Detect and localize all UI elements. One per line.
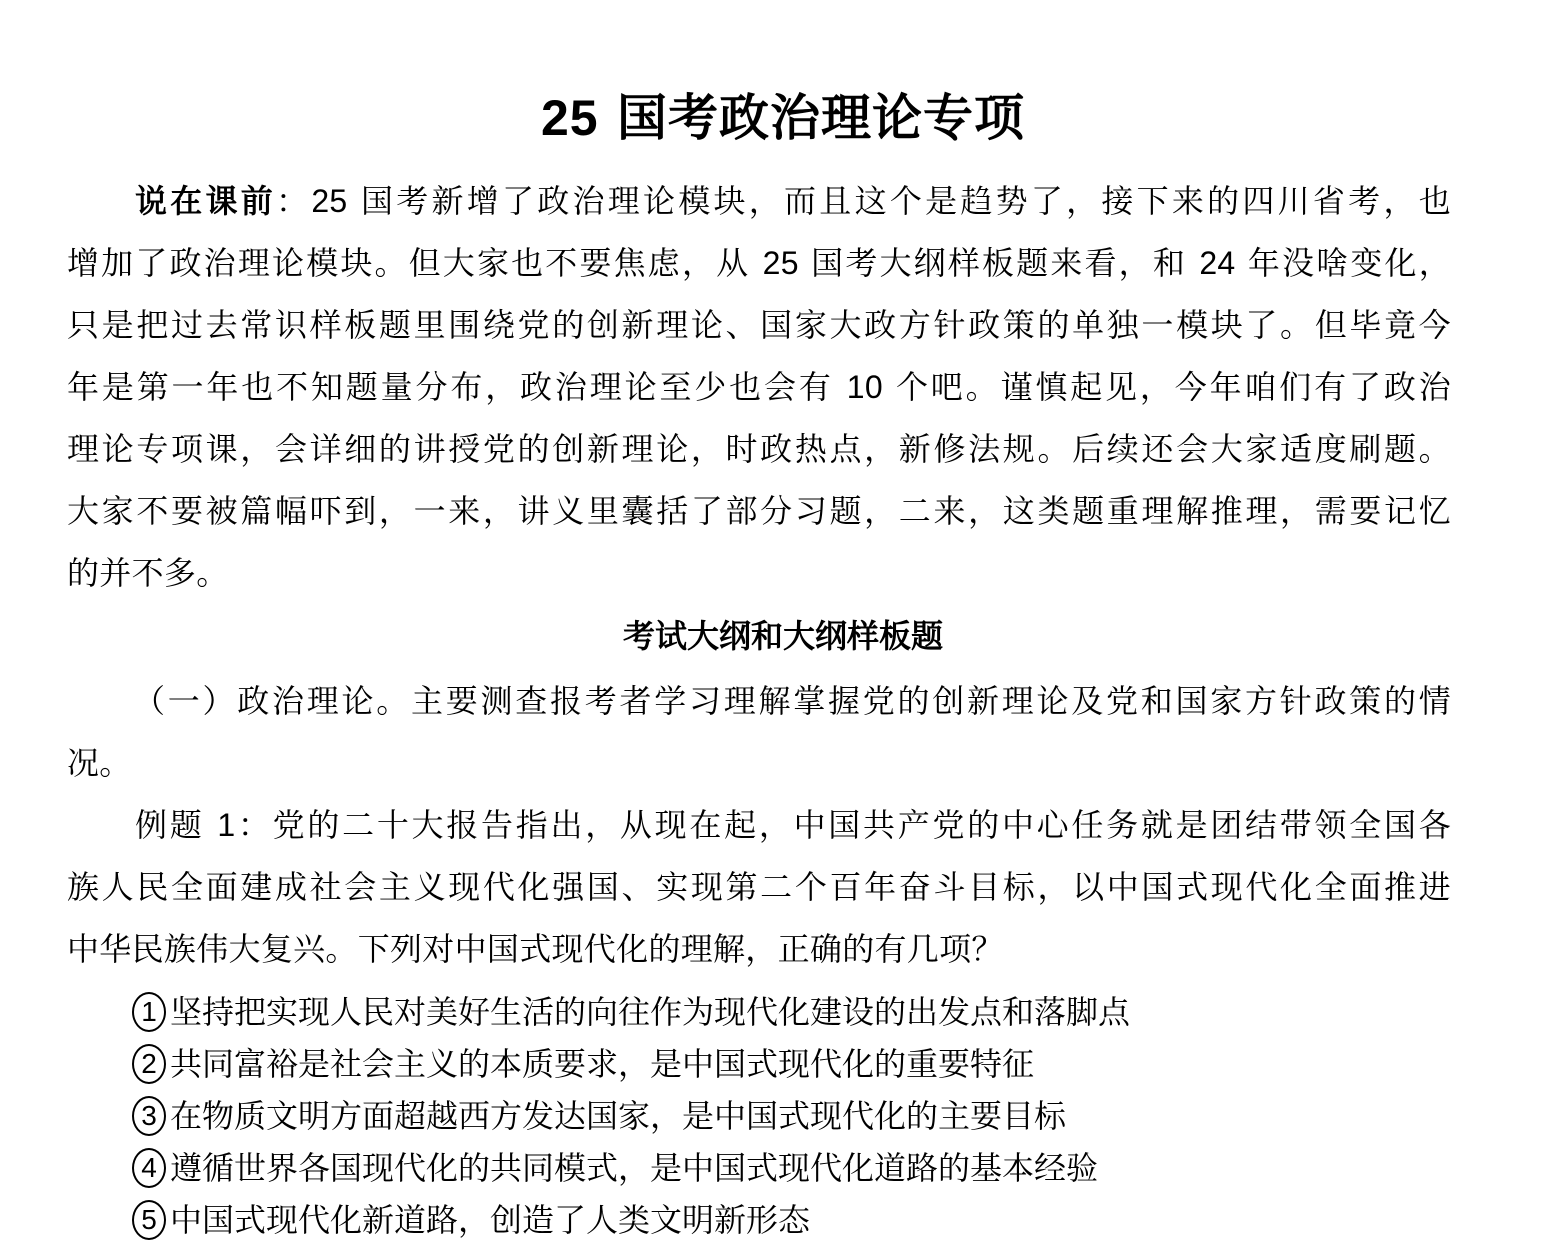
intro-text: 个吧。谨慎起见，今年咱们有了政治 (883, 368, 1451, 406)
option-text: 遵循世界各国现代化的共同模式，是中国式现代化道路的基本经验 (170, 1142, 1098, 1194)
intro-number: 24 (1199, 245, 1235, 281)
intro-text: 国考新增了政治理论模块，而且这个是趋势了，接下来的四川省考，也 (348, 182, 1451, 220)
outline-paragraph: （一）政治理论。主要测查报考者学习理解掌握党的创新理论及党和国家方针政策的情 况… (67, 670, 1451, 794)
intro-number: 25 (311, 183, 347, 219)
intro-line-3: 只是把过去常识样板题里围绕党的创新理论、国家大政方针政策的单独一模块了。但毕竟今 (67, 294, 1451, 356)
page-title: 25 国考政治理论专项 (0, 84, 1566, 152)
intro-text: 年没啥变化， (1236, 244, 1451, 282)
example-line-1: 例题 1：党的二十大报告指出，从现在起，中国共产党的中心任务就是团结带领全国各 (67, 794, 1451, 856)
title-text: 国考政治理论专项 (617, 88, 1025, 147)
option-1: 1 坚持把实现人民对美好生活的向往作为现代化建设的出发点和落脚点 (132, 986, 1130, 1038)
circled-number-icon: 2 (132, 1044, 166, 1084)
example-text: 党的二十大报告指出，从现在起，中国共产党的中心任务就是团结带领全国各 (273, 806, 1451, 844)
intro-line-7: 的并不多。 (67, 542, 1451, 604)
circled-number-icon: 5 (132, 1200, 166, 1240)
intro-line-4: 年是第一年也不知题量分布，政治理论至少也会有 10 个吧。谨慎起见，今年咱们有了… (67, 356, 1451, 418)
intro-line-1: 说在课前：25 国考新增了政治理论模块，而且这个是趋势了，接下来的四川省考，也 (67, 170, 1451, 232)
circled-number-icon: 1 (132, 992, 166, 1032)
intro-number: 25 (763, 245, 799, 281)
document-page: 25 国考政治理论专项 说在课前：25 国考新增了政治理论模块，而且这个是趋势了… (0, 0, 1566, 1260)
option-text: 共同富裕是社会主义的本质要求，是中国式现代化的重要特征 (170, 1038, 1034, 1090)
circled-number-icon: 3 (132, 1096, 166, 1136)
example-line-3: 中华民族伟大复兴。下列对中国式现代化的理解，正确的有几项？ (67, 918, 1451, 980)
intro-line-2: 增加了政治理论模块。但大家也不要焦虑，从 25 国考大纲样板题来看，和 24 年… (67, 232, 1451, 294)
outline-line-2: 况。 (67, 732, 1451, 794)
example-label: 例题 (135, 806, 217, 844)
intro-text: 增加了政治理论模块。但大家也不要焦虑，从 (67, 244, 763, 282)
title-number: 25 (541, 90, 599, 146)
option-2: 2 共同富裕是社会主义的本质要求，是中国式现代化的重要特征 (132, 1038, 1130, 1090)
intro-paragraph: 说在课前：25 国考新增了政治理论模块，而且这个是趋势了，接下来的四川省考，也 … (67, 170, 1451, 604)
option-3: 3 在物质文明方面超越西方发达国家，是中国式现代化的主要目标 (132, 1090, 1130, 1142)
intro-line-5: 理论专项课，会详细的讲授党的创新理论，时政热点，新修法规。后续还会大家适度刷题。 (67, 418, 1451, 480)
intro-text: 年是第一年也不知题量分布，政治理论至少也会有 (67, 368, 847, 406)
outline-line-1: （一）政治理论。主要测查报考者学习理解掌握党的创新理论及党和国家方针政策的情 (67, 670, 1451, 732)
intro-number: 10 (847, 369, 883, 405)
option-4: 4 遵循世界各国现代化的共同模式，是中国式现代化道路的基本经验 (132, 1142, 1130, 1194)
intro-line-6: 大家不要被篇幅吓到，一来，讲义里囊括了部分习题，二来，这类题重理解推理，需要记忆 (67, 480, 1451, 542)
example-line-2: 族人民全面建成社会主义现代化强国、实现第二个百年奋斗目标，以中国式现代化全面推进 (67, 856, 1451, 918)
section-heading: 考试大纲和大纲样板题 (0, 608, 1566, 664)
option-5: 5 中国式现代化新道路，创造了人类文明新形态 (132, 1194, 1130, 1246)
intro-text: ： (276, 182, 311, 220)
example-number: 1 (217, 807, 235, 843)
example-colon: ： (235, 806, 272, 844)
option-text: 坚持把实现人民对美好生活的向往作为现代化建设的出发点和落脚点 (170, 986, 1130, 1038)
intro-lead: 说在课前 (135, 182, 276, 220)
circled-number-icon: 4 (132, 1148, 166, 1188)
option-text: 在物质文明方面超越西方发达国家，是中国式现代化的主要目标 (170, 1090, 1066, 1142)
option-text: 中国式现代化新道路，创造了人类文明新形态 (170, 1194, 810, 1246)
answer-options: 1 坚持把实现人民对美好生活的向往作为现代化建设的出发点和落脚点 2 共同富裕是… (132, 986, 1130, 1246)
example-question: 例题 1：党的二十大报告指出，从现在起，中国共产党的中心任务就是团结带领全国各 … (67, 794, 1451, 980)
intro-text: 国考大纲样板题来看，和 (799, 244, 1199, 282)
